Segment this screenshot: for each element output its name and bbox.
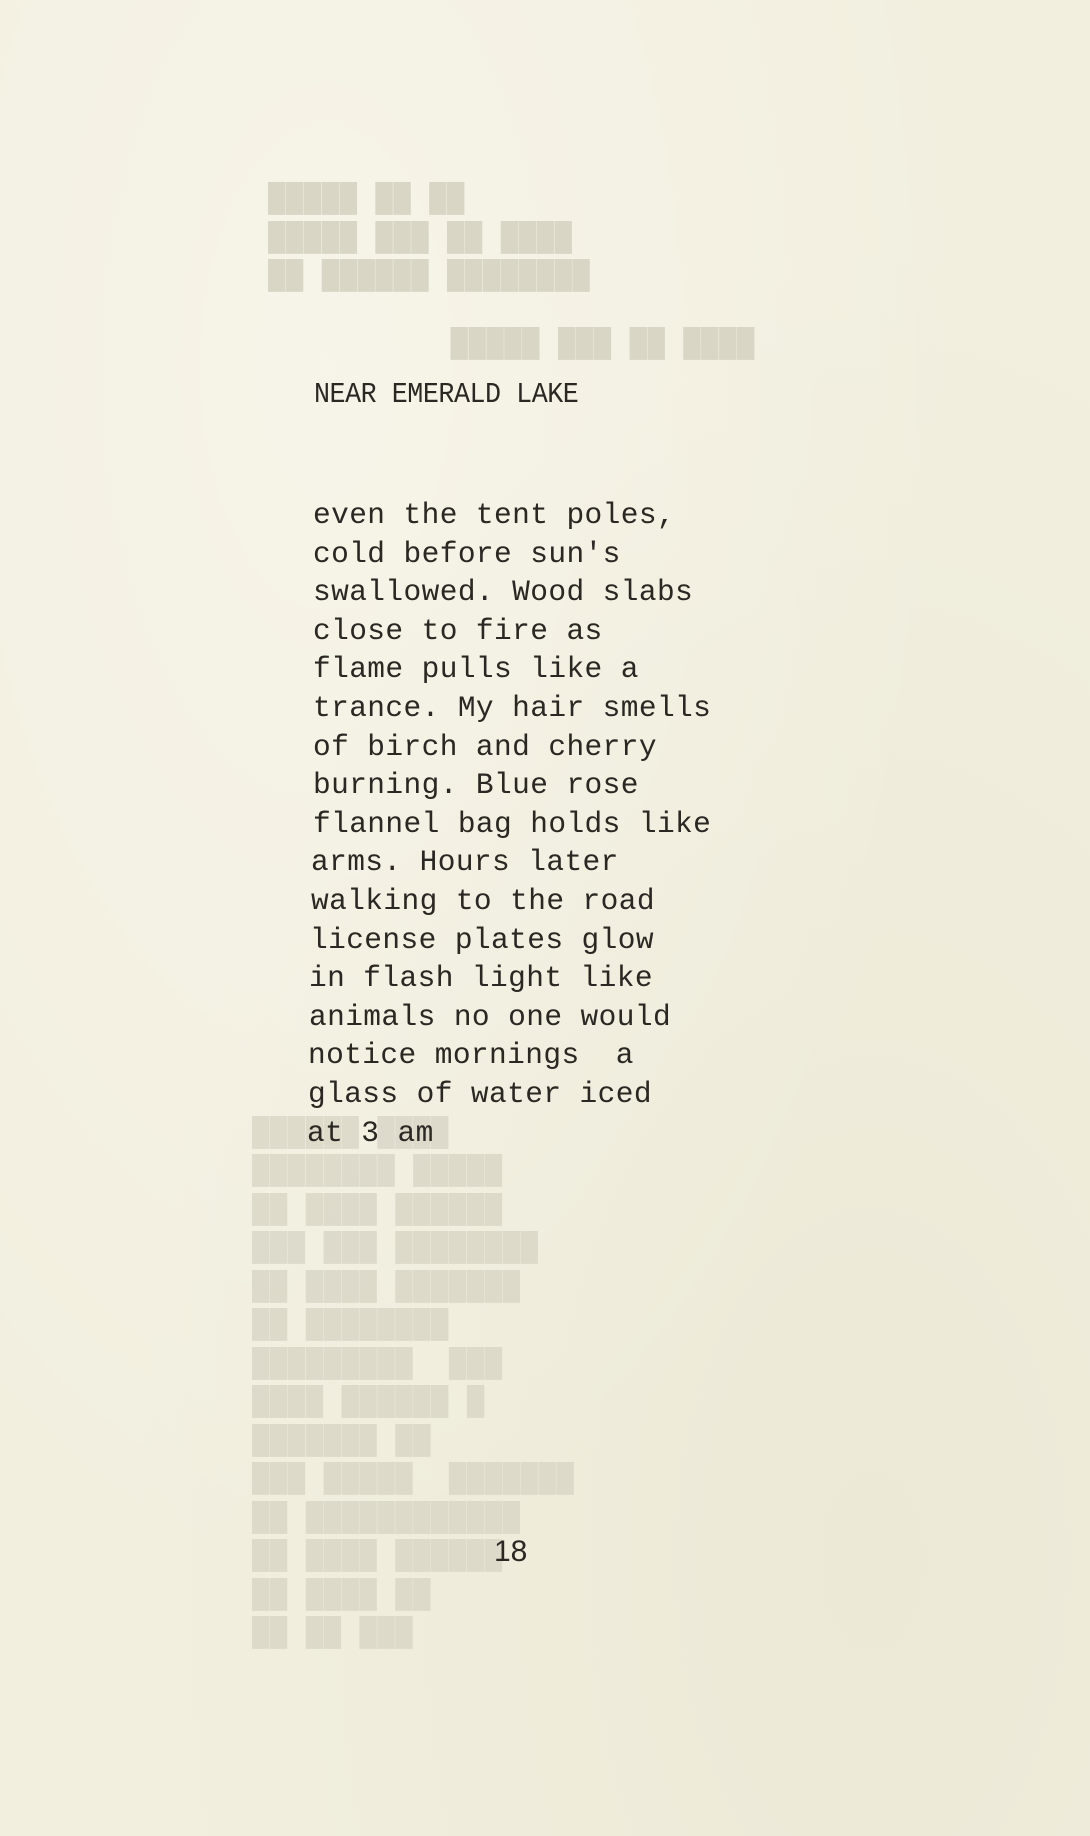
page-number: 18 xyxy=(494,1535,527,1569)
poem-body: even the tent poles, cold before sun's s… xyxy=(313,496,711,1152)
poem-line: even the tent poles, xyxy=(313,496,711,535)
poem-line: of birch and cherry xyxy=(313,728,711,767)
poem-title: NEAR EMERALD LAKE xyxy=(314,378,578,411)
poem-line: flannel bag holds like xyxy=(313,805,711,844)
poem-line: cold before sun's xyxy=(313,535,711,574)
poem-line: in flash light like xyxy=(309,959,711,998)
poem-line: arms. Hours later xyxy=(311,843,711,882)
poem-line: trance. My hair smells xyxy=(313,689,711,728)
poem-line: swallowed. Wood slabs xyxy=(313,573,711,612)
poem-line: flame pulls like a xyxy=(313,650,711,689)
poem-line: burning. Blue rose xyxy=(313,766,711,805)
poem-line: at 3 am xyxy=(307,1114,711,1153)
poem-line: license plates glow xyxy=(310,921,711,960)
poem-line: close to fire as xyxy=(313,612,711,651)
poem-line: notice mornings a xyxy=(308,1036,711,1075)
poem-line: animals no one would xyxy=(309,998,711,1037)
poem-line: walking to the road xyxy=(311,882,711,921)
show-through-decoration: █████ ██ ██ █████ ███ ██ ████ ██ ██████ … xyxy=(268,180,590,296)
paper-page: █████ ██ ██ █████ ███ ██ ████ ██ ██████ … xyxy=(0,0,1090,1836)
poem-line: glass of water iced xyxy=(308,1075,711,1114)
show-through-decoration-mirrored: ████ ██ ███ █████ xyxy=(450,325,754,364)
